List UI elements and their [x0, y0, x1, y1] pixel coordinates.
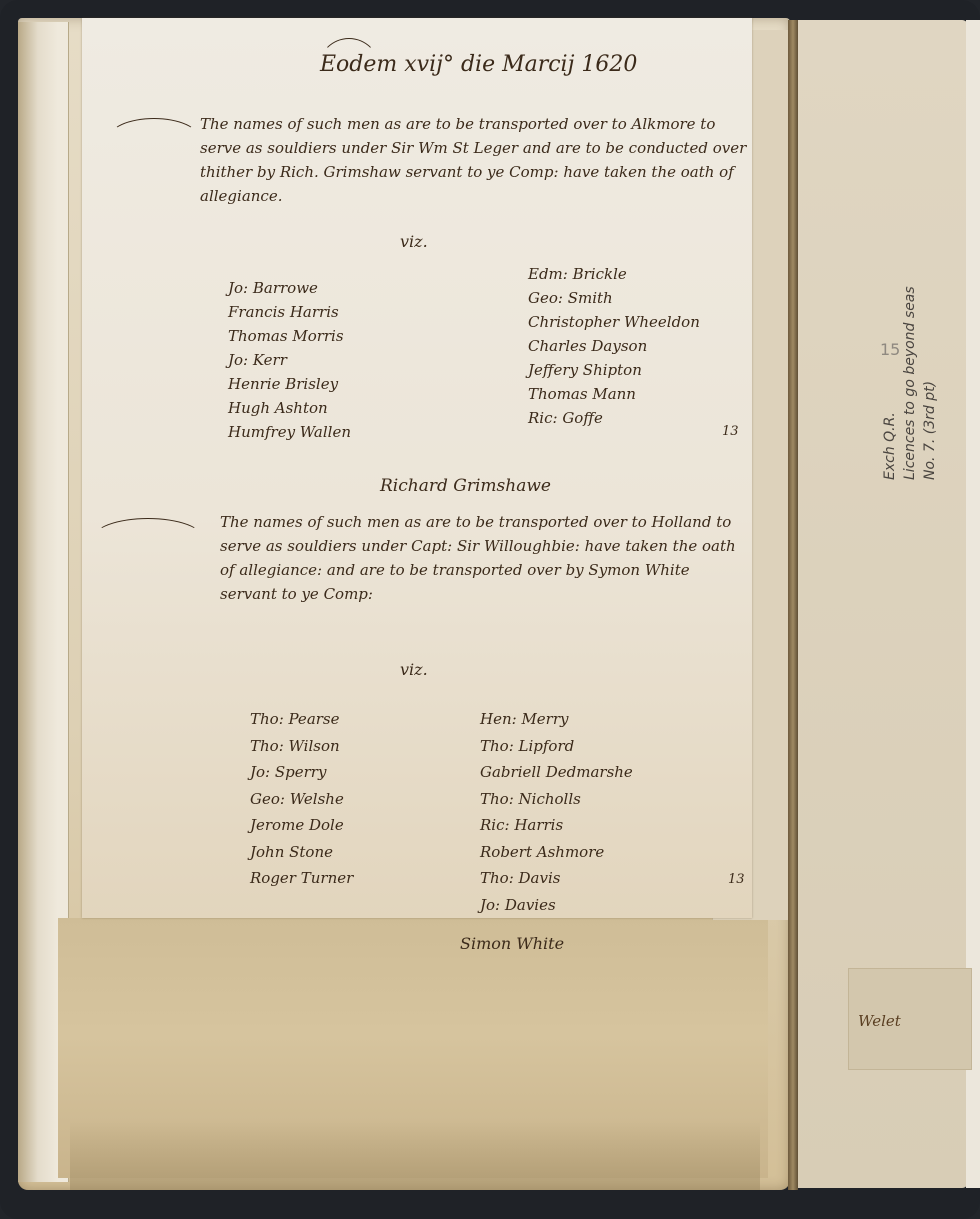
section2-signature: Simon White	[460, 934, 564, 953]
seal-mark: Welet	[858, 1012, 901, 1030]
name-entry: Jo: Kerr	[228, 348, 351, 372]
section2-names-left: Tho: Pearse Tho: Wilson Jo: Sperry Geo: …	[250, 706, 353, 892]
folio-number: 15	[880, 340, 900, 359]
section1-names-right: Edm: Brickle Geo: Smith Christopher Whee…	[528, 262, 700, 430]
name-entry: Thomas Mann	[528, 382, 700, 406]
section2-paragraph: The names of such men as are to be trans…	[220, 510, 740, 606]
name-entry: Humfrey Wallen	[228, 420, 351, 444]
section2-viz: viz.	[400, 660, 428, 679]
name-entry: Tho: Nicholls	[480, 786, 633, 813]
note-line: No. 7. (3rd pt)	[920, 286, 940, 480]
name-entry: Roger Turner	[250, 865, 353, 892]
name-entry: Jo: Sperry	[250, 759, 353, 786]
name-entry: Christopher Wheeldon	[528, 310, 700, 334]
name-entry: Jeffery Shipton	[528, 358, 700, 382]
flourish-icon	[92, 518, 204, 560]
section1-paragraph: The names of such men as are to be trans…	[200, 112, 760, 208]
section1-count: 13	[722, 424, 739, 439]
document-photo: Eodem xvij° die Marcij 1620 The names of…	[0, 0, 980, 1219]
name-entry: Robert Ashmore	[480, 839, 633, 866]
name-entry: Tho: Wilson	[250, 733, 353, 760]
name-entry: John Stone	[250, 839, 353, 866]
name-entry: Geo: Welshe	[250, 786, 353, 813]
name-entry: Hen: Merry	[480, 706, 633, 733]
section1-names-left: Jo: Barrowe Francis Harris Thomas Morris…	[228, 276, 351, 444]
name-entry: Jerome Dole	[250, 812, 353, 839]
section1-viz: viz.	[400, 232, 428, 251]
section2-count: 13	[728, 872, 745, 887]
section1-signature: Richard Grimshawe	[380, 476, 551, 496]
name-entry: Edm: Brickle	[528, 262, 700, 286]
name-entry: Tho: Lipford	[480, 733, 633, 760]
name-entry: Francis Harris	[228, 300, 351, 324]
name-entry: Gabriell Dedmarshe	[480, 759, 633, 786]
name-entry: Thomas Morris	[228, 324, 351, 348]
name-entry: Henrie Brisley	[228, 372, 351, 396]
name-entry: Geo: Smith	[528, 286, 700, 310]
section2-names-right: Hen: Merry Tho: Lipford Gabriell Dedmars…	[480, 706, 633, 918]
name-entry: Charles Dayson	[528, 334, 700, 358]
name-entry: Ric: Goffe	[528, 406, 700, 430]
name-entry: Jo: Barrowe	[228, 276, 351, 300]
book-spine	[788, 20, 798, 1190]
note-line: Licences to go beyond seas	[900, 286, 920, 480]
note-line: Exch Q.R.	[880, 286, 900, 480]
flourish-icon	[108, 118, 200, 160]
name-entry: Jo: Davies	[480, 892, 633, 919]
water-stain	[70, 1120, 760, 1190]
name-entry: Hugh Ashton	[228, 396, 351, 420]
archive-reference-note: Exch Q.R. Licences to go beyond seas No.…	[880, 286, 940, 480]
name-entry: Tho: Davis	[480, 865, 633, 892]
flourish-icon	[318, 38, 380, 100]
name-entry: Tho: Pearse	[250, 706, 353, 733]
name-entry: Ric: Harris	[480, 812, 633, 839]
